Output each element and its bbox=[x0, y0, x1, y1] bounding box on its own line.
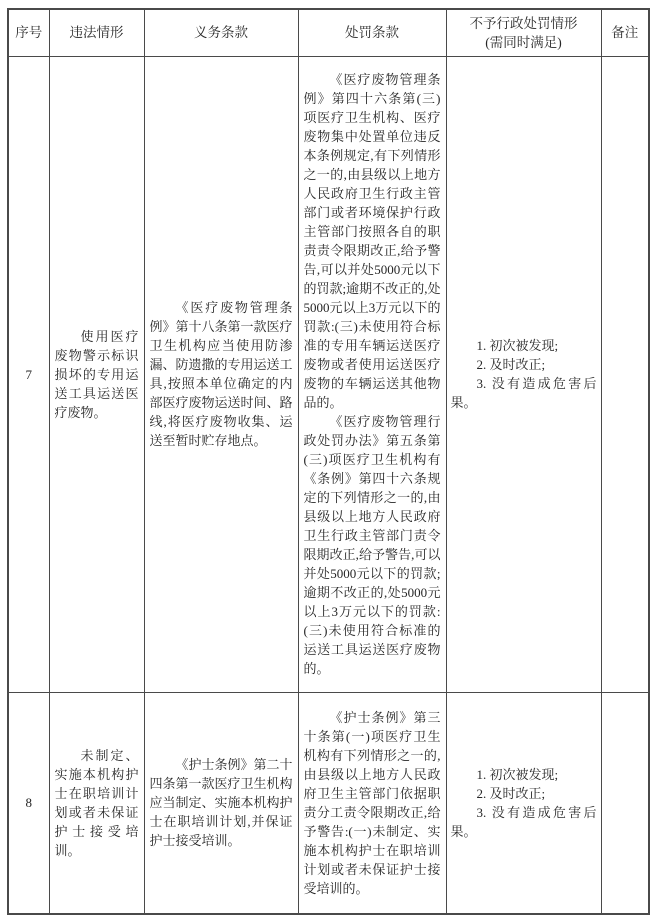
cell-exemption: 1. 初次被发现; 2. 及时改正; 3. 没有造成危害后果。 bbox=[446, 692, 601, 914]
exemption-item: 1. 初次被发现; bbox=[451, 765, 597, 784]
header-violation: 违法情形 bbox=[49, 9, 144, 56]
exemption-item: 1. 初次被发现; bbox=[451, 336, 597, 355]
header-seq: 序号 bbox=[8, 9, 49, 56]
header-obligation: 义务条款 bbox=[144, 9, 298, 56]
cell-penalty: 《医疗废物管理条例》第四十六条第(三)项医疗卫生机构、医疗废物集中处置单位违反本… bbox=[298, 56, 446, 692]
cell-seq: 7 bbox=[8, 56, 49, 692]
cell-remark bbox=[601, 56, 649, 692]
penalty-paragraph: 《医疗废物管理条例》第四十六条第(三)项医疗卫生机构、医疗废物集中处置单位违反本… bbox=[304, 70, 441, 412]
obligation-text: 《医疗废物管理条例》第十八条第一款医疗卫生机构应当使用防渗漏、防遗撒的专用运送工… bbox=[150, 298, 293, 450]
exemption-item: 2. 及时改正; bbox=[451, 784, 597, 803]
table-row-8: 8 未制定、实施本机构护士在职培训计划或者未保证护士接受培训。 《护士条例》第二… bbox=[8, 692, 649, 914]
penalty-paragraph: 《医疗废物管理行政处罚办法》第五条第(三)项医疗卫生机构有《条例》第四十六条规定… bbox=[304, 412, 441, 678]
penalty-regulation-table: 序号 违法情形 义务条款 处罚条款 不予行政处罚情形 (需同时满足) 备注 7 … bbox=[7, 8, 650, 915]
violation-text: 未制定、实施本机构护士在职培训计划或者未保证护士接受培训。 bbox=[55, 746, 139, 860]
penalty-paragraph: 《护士条例》第三十条第(一)项医疗卫生机构有下列情形之一的,由县级以上地方人民政… bbox=[304, 708, 441, 898]
exemption-item: 3. 没有造成危害后果。 bbox=[451, 803, 597, 841]
cell-obligation: 《医疗废物管理条例》第十八条第一款医疗卫生机构应当使用防渗漏、防遗撒的专用运送工… bbox=[144, 56, 298, 692]
header-exemption: 不予行政处罚情形 (需同时满足) bbox=[446, 9, 601, 56]
cell-seq: 8 bbox=[8, 692, 49, 914]
cell-exemption: 1. 初次被发现; 2. 及时改正; 3. 没有造成危害后果。 bbox=[446, 56, 601, 692]
header-row: 序号 违法情形 义务条款 处罚条款 不予行政处罚情形 (需同时满足) 备注 bbox=[8, 9, 649, 56]
cell-obligation: 《护士条例》第二十四条第一款医疗卫生机构应当制定、实施本机构护士在职培训计划,并… bbox=[144, 692, 298, 914]
exemption-item: 3. 没有造成危害后果。 bbox=[451, 374, 597, 412]
cell-remark bbox=[601, 692, 649, 914]
header-penalty: 处罚条款 bbox=[298, 9, 446, 56]
cell-violation: 使用医疗废物警示标识损坏的专用运送工具运送医疗废物。 bbox=[49, 56, 144, 692]
cell-penalty: 《护士条例》第三十条第(一)项医疗卫生机构有下列情形之一的,由县级以上地方人民政… bbox=[298, 692, 446, 914]
exemption-item: 2. 及时改正; bbox=[451, 355, 597, 374]
violation-text: 使用医疗废物警示标识损坏的专用运送工具运送医疗废物。 bbox=[55, 327, 139, 422]
table-row-7: 7 使用医疗废物警示标识损坏的专用运送工具运送医疗废物。 《医疗废物管理条例》第… bbox=[8, 56, 649, 692]
obligation-text: 《护士条例》第二十四条第一款医疗卫生机构应当制定、实施本机构护士在职培训计划,并… bbox=[150, 755, 293, 850]
cell-violation: 未制定、实施本机构护士在职培训计划或者未保证护士接受培训。 bbox=[49, 692, 144, 914]
header-remark: 备注 bbox=[601, 9, 649, 56]
